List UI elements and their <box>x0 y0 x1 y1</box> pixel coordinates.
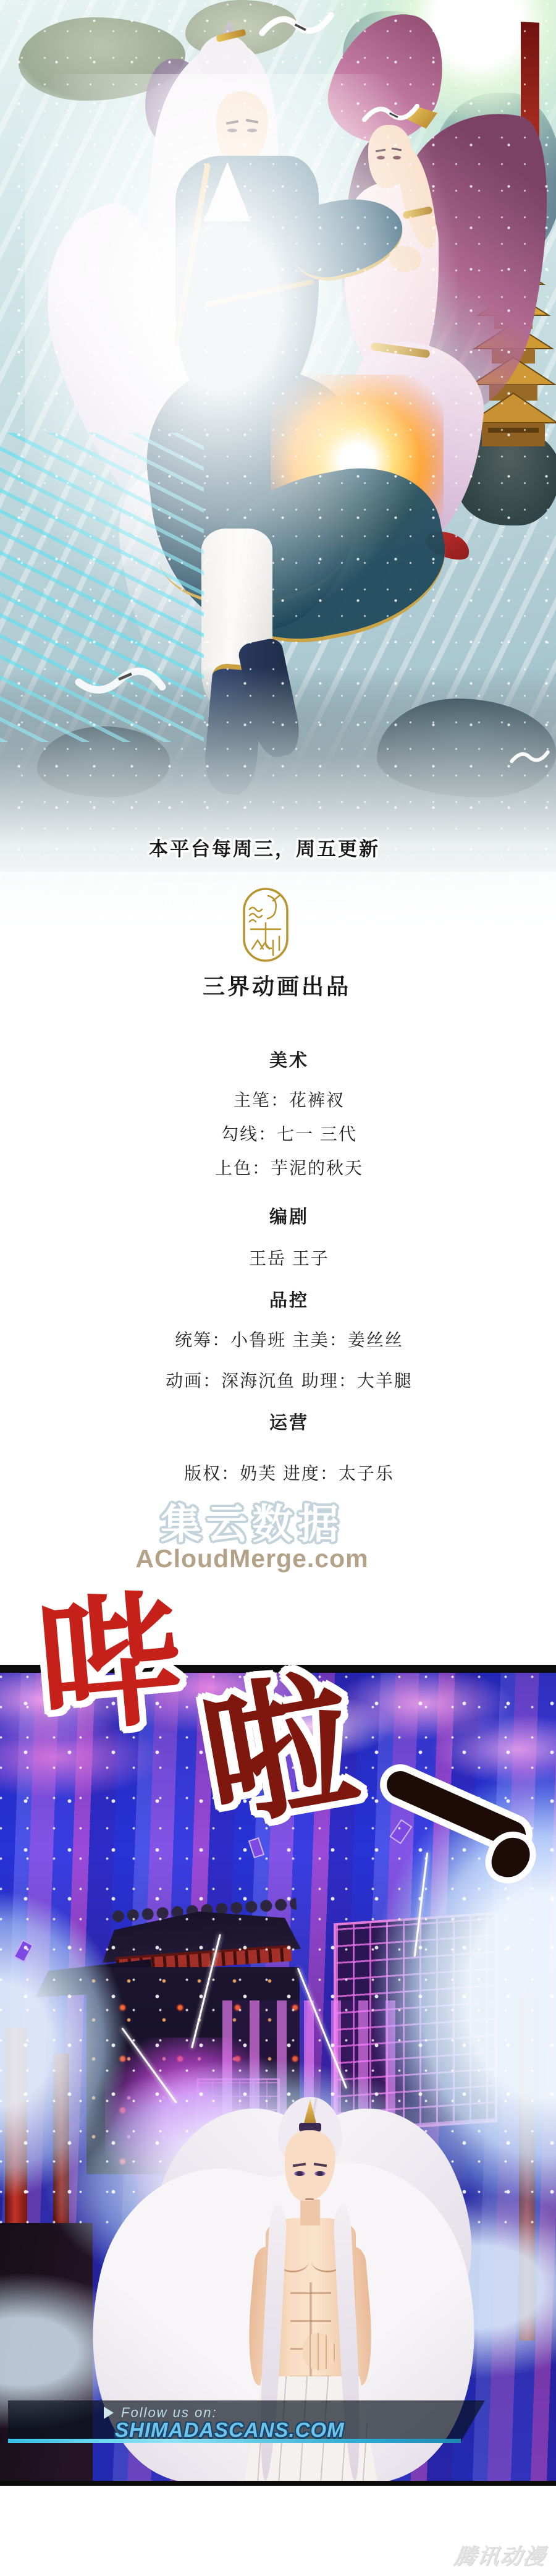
banner-underline <box>8 2439 461 2443</box>
scanlation-watermark-site: ACloudMerge.com <box>135 1544 368 1573</box>
hero-fist <box>303 2333 336 2370</box>
credits-header-script: 编剧 <box>269 1203 309 1228</box>
credit-line: 版权：奶芙 进度：太子乐 <box>184 1460 394 1485</box>
credits-header-art: 美术 <box>269 1047 309 1072</box>
update-schedule-notice: 本平台每周三，周五更新 <box>149 833 380 861</box>
studio-credit: 三界动画出品 <box>203 969 351 1001</box>
hero-neck <box>300 2200 320 2225</box>
hero-mouth <box>305 2198 314 2200</box>
publisher-watermark: 腾讯动漫 <box>452 2540 548 2570</box>
scanlation-watermark-title: 集云数据 <box>161 1491 343 1550</box>
studio-seal-icon <box>242 887 289 963</box>
cover-illustration <box>0 0 556 927</box>
credit-line: 主笔：花裤衩 <box>234 1087 345 1112</box>
credit-line: 勾线：七一 三代 <box>221 1121 357 1146</box>
sfx-text-crackle-2: 啦 <box>192 1665 365 1838</box>
credit-line: 统筹：小鲁班 主美：姜丝丝 <box>175 1327 403 1351</box>
hero-eye <box>314 2171 326 2176</box>
credit-line: 动画：深海沉鱼 助理：大羊腿 <box>166 1367 413 1392</box>
sfx-text-crackle-1: 哔 <box>32 1588 187 1743</box>
credit-line: 上色：芋泥的秋天 <box>215 1155 363 1180</box>
play-arrow-icon <box>104 2407 114 2419</box>
hero-eye <box>294 2171 305 2176</box>
manhua-page: 本平台每周三，周五更新 三界动画出品 美术 主笔：花裤衩 勾线：七一 三代 上色… <box>0 0 556 2576</box>
credit-line: 王岳 王子 <box>249 1245 329 1270</box>
credits-header-qc: 品控 <box>269 1286 309 1312</box>
credits-header-ops: 运营 <box>269 1409 309 1434</box>
